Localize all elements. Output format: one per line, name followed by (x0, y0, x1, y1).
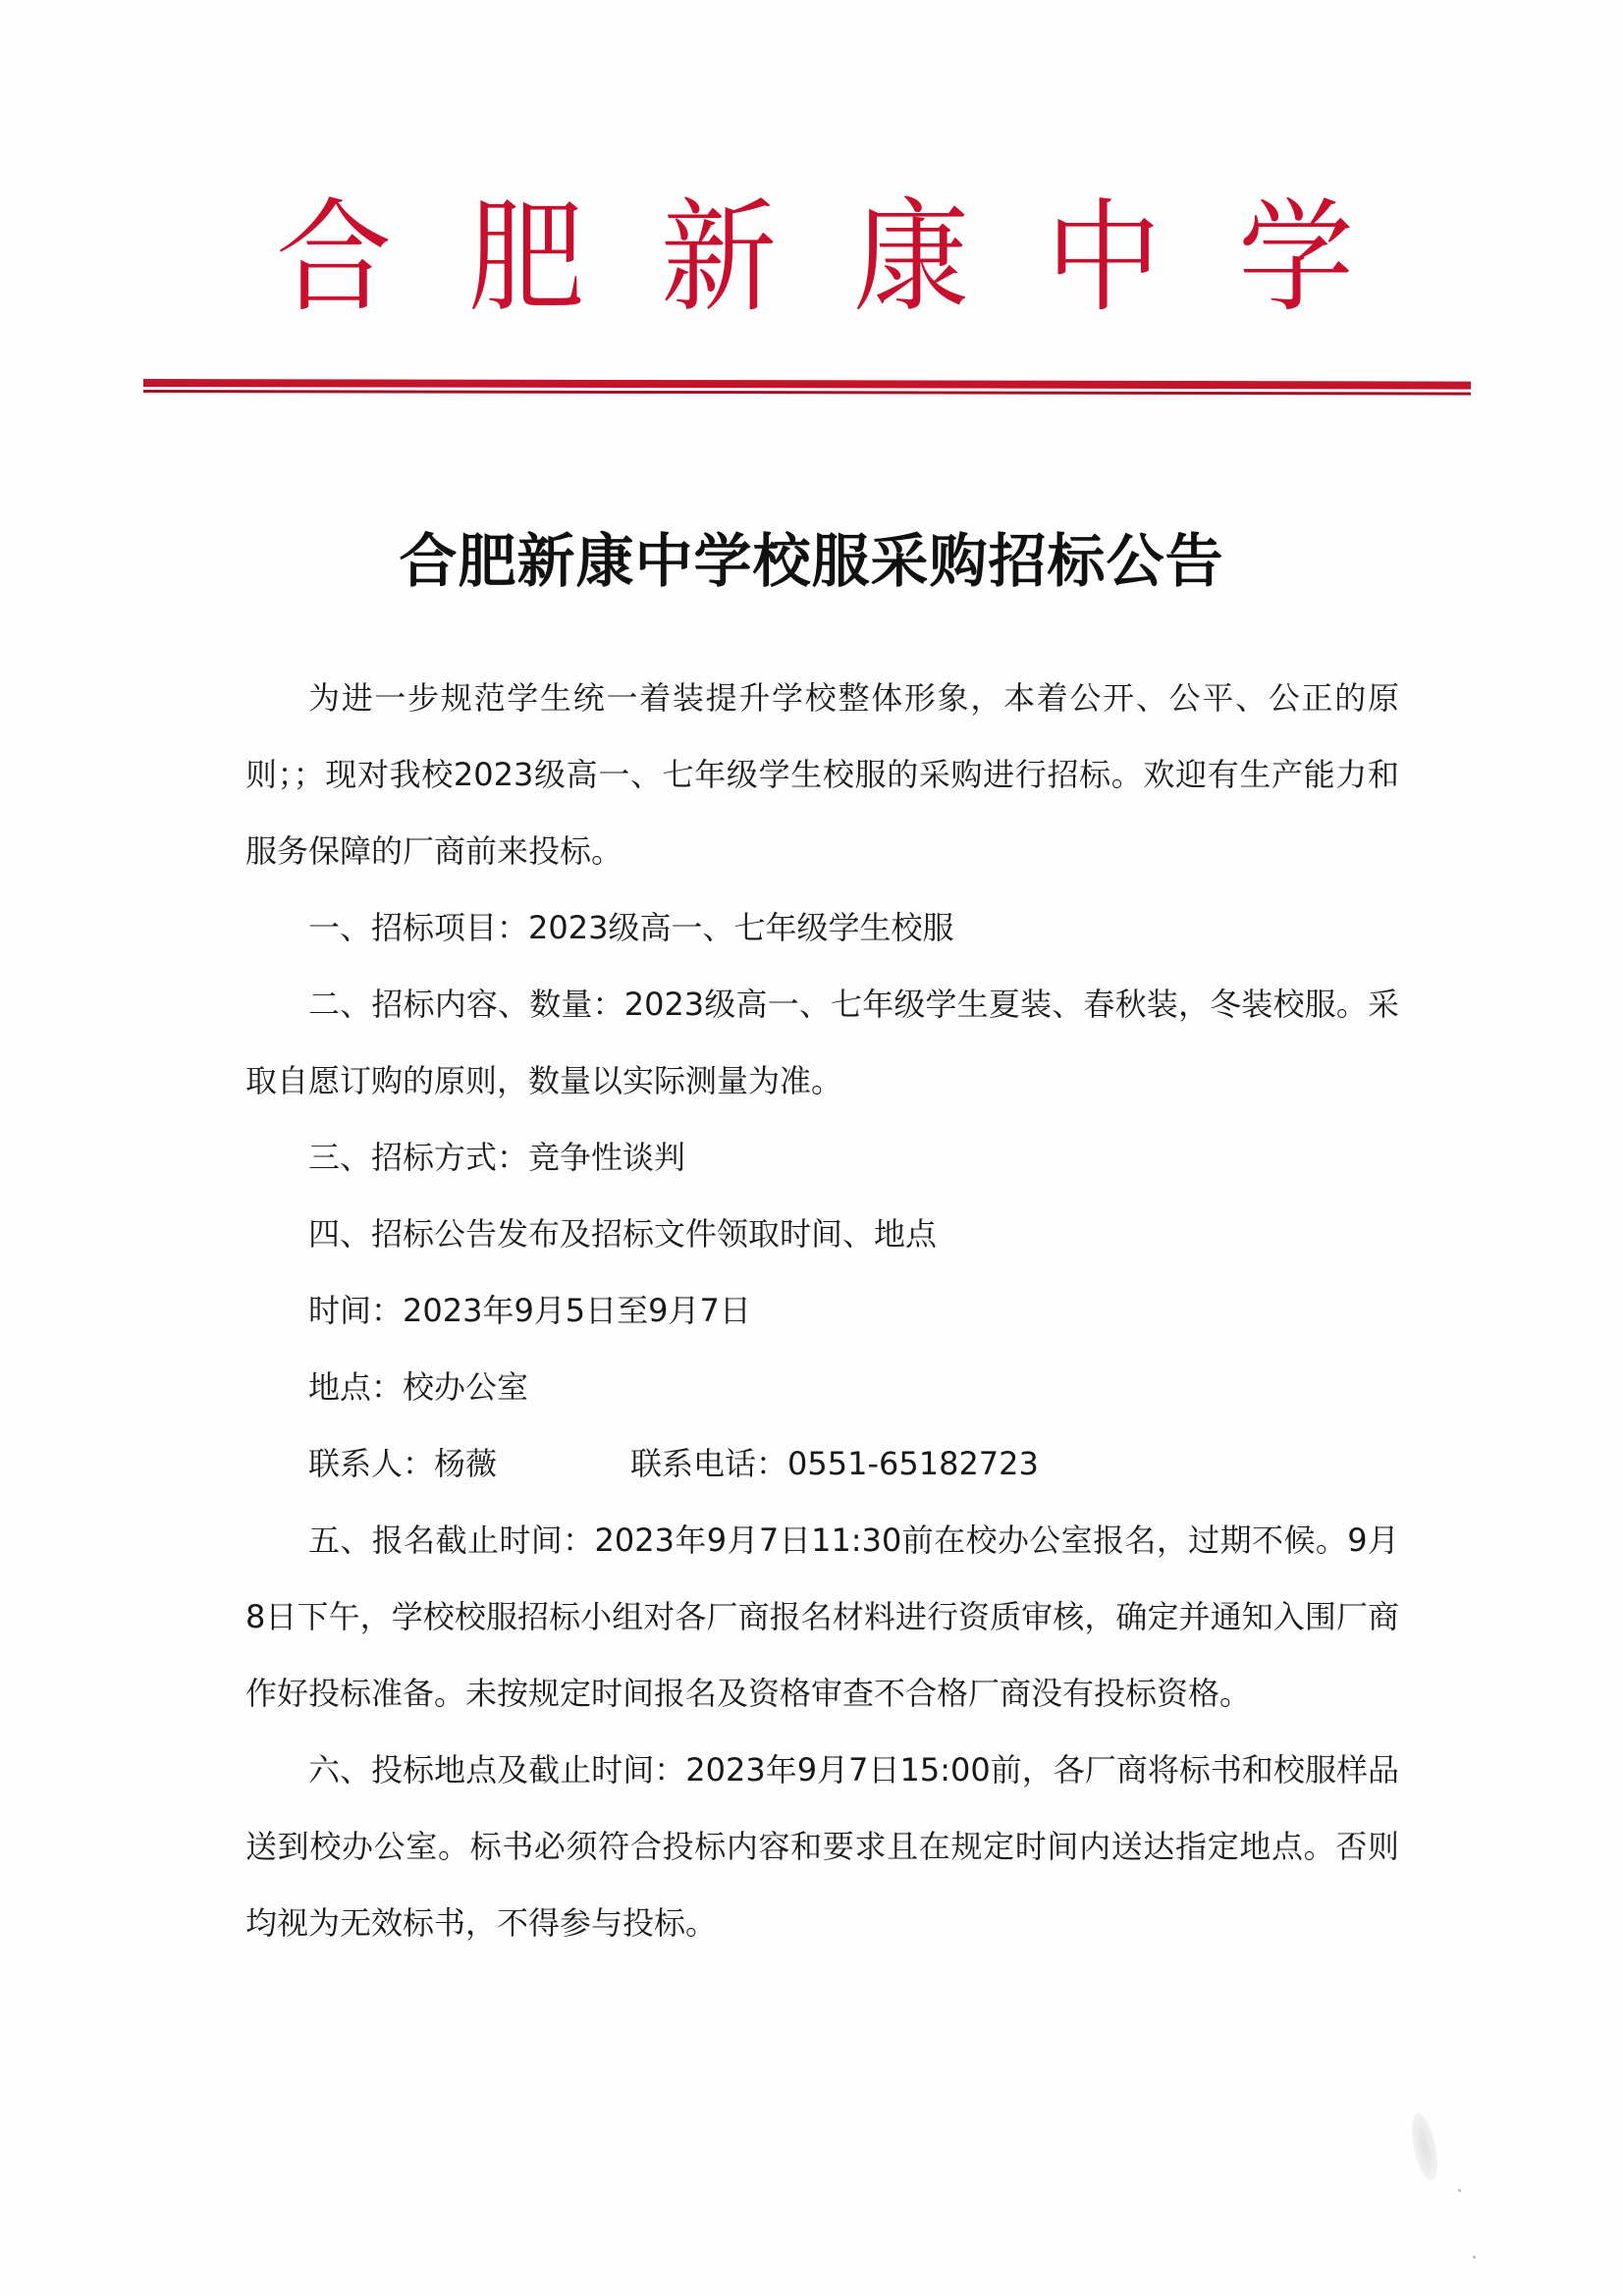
scan-artifact (1473, 2256, 1476, 2259)
letterhead-char: 学 (1237, 196, 1355, 318)
document-title: 合肥新康中学校服采购招标公告 (0, 527, 1623, 596)
location-line: 地点：校办公室 (245, 1349, 1399, 1425)
contact-phone: 联系电话：0551-65182723 (630, 1445, 1039, 1482)
section-1-bidding-project: 一、招标项目：2023级高一、七年级学生校服 (245, 889, 1399, 966)
letterhead-char: 合 (275, 196, 393, 318)
scan-artifact (1407, 2110, 1442, 2182)
scan-artifact (1458, 2189, 1461, 2192)
section-4-announcement-info: 四、招标公告发布及招标文件领取时间、地点 (245, 1196, 1399, 1272)
section-2-bidding-content: 二、招标内容、数量：2023级高一、七年级学生夏装、春秋装，冬装校服。采取自愿订… (245, 966, 1399, 1119)
contact-line: 联系人：杨薇联系电话：0551-65182723 (245, 1425, 1399, 1502)
section-6-bid-submission: 六、投标地点及截止时间：2023年9月7日15:00前，各厂商将标书和校服样品送… (245, 1732, 1399, 1961)
section-5-registration-deadline: 五、报名截止时间：2023年9月7日11:30前在校办公室报名，过期不候。9月8… (245, 1502, 1399, 1732)
letterhead-divider-thin (143, 390, 1471, 396)
document-body: 为进一步规范学生统一着装提升学校整体形象，本着公开、公平、公正的原则；；现对我校… (245, 660, 1399, 1961)
section-3-bidding-method: 三、招标方式：竞争性谈判 (245, 1119, 1399, 1196)
letterhead-char: 中 (1045, 196, 1163, 318)
document-page: 合 肥 新 康 中 学 合肥新康中学校服采购招标公告 为进一步规范学生统一着装提… (0, 0, 1623, 2296)
letterhead-char: 康 (852, 196, 970, 318)
letterhead-char: 肥 (467, 196, 585, 318)
letterhead-divider-thick (143, 379, 1471, 390)
letterhead-school-name: 合 肥 新 康 中 学 (275, 188, 1355, 326)
letterhead-char: 新 (660, 196, 778, 318)
intro-paragraph: 为进一步规范学生统一着装提升学校整体形象，本着公开、公平、公正的原则；；现对我校… (245, 660, 1399, 889)
contact-person: 联系人：杨薇 (308, 1445, 497, 1482)
time-line: 时间：2023年9月5日至9月7日 (245, 1272, 1399, 1349)
